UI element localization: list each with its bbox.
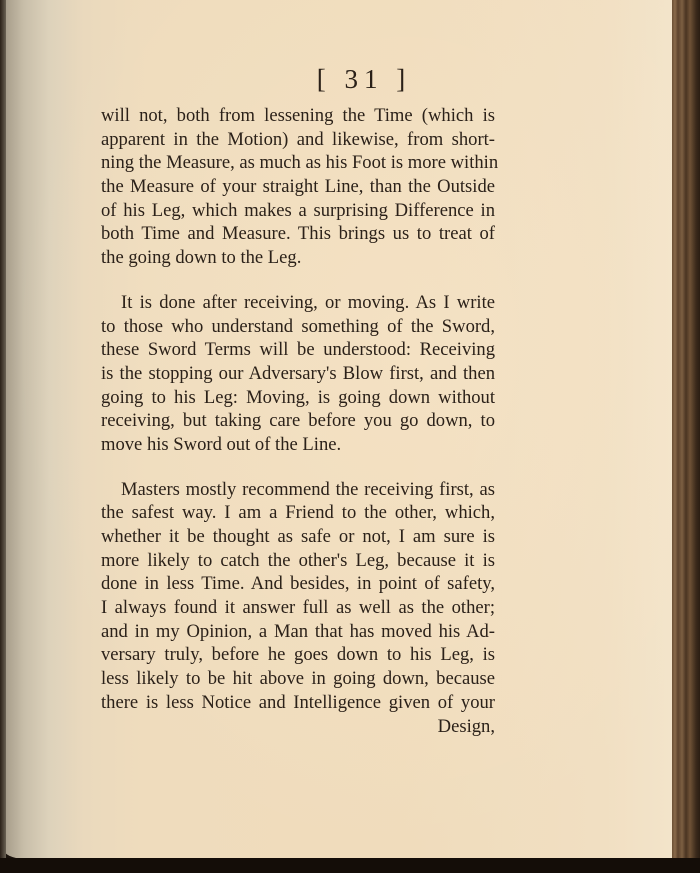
text-line: and in my Opinion, a Man that has moved …	[101, 620, 495, 644]
text-line: Masters mostly recommend the receiving f…	[101, 478, 495, 502]
text-line: I always found it answer full as well as…	[101, 596, 495, 620]
text-line: versary truly, before he goes down to hi…	[101, 643, 495, 667]
text-line: whether it be thought as safe or not, I …	[101, 525, 495, 549]
text-line: both Time and Measure. This brings us to…	[101, 222, 495, 246]
page-body: will not, both from lessening the Time (…	[101, 104, 495, 738]
text-line: there is less Notice and Intelligence gi…	[101, 691, 495, 715]
paragraph-3: Masters mostly recommend the receiving f…	[101, 478, 495, 739]
text-line: to those who understand something of the…	[101, 315, 495, 339]
text-line: will not, both from lessening the Time (…	[101, 104, 495, 128]
paragraph-2: It is done after receiving, or moving. A…	[101, 291, 495, 457]
page-number: [ 31 ]	[14, 64, 700, 95]
text-line: done in less Time. And besides, in point…	[101, 572, 495, 596]
page-edges	[672, 0, 700, 873]
text-line: move his Sword out of the Line.	[101, 433, 495, 457]
text-line: ning the Measure, as much as his Foot is…	[101, 151, 495, 175]
text-line: It is done after receiving, or moving. A…	[101, 291, 495, 315]
gutter-shadow	[0, 0, 6, 873]
text-line: receiving, but taking care before you go…	[101, 409, 495, 433]
text-line: the Measure of your straight Line, than …	[101, 175, 495, 199]
text-line: going to his Leg: Moving, is going down …	[101, 386, 495, 410]
text-line: the going down to the Leg.	[101, 246, 495, 270]
text-line: of his Leg, which makes a surprising Dif…	[101, 199, 495, 223]
text-line: is the stopping our Adversary's Blow fir…	[101, 362, 495, 386]
text-line: apparent in the Motion) and likewise, fr…	[101, 128, 495, 152]
text-line: the safest way. I am a Friend to the oth…	[101, 501, 495, 525]
paragraph-1: will not, both from lessening the Time (…	[101, 104, 495, 270]
text-line: these Sword Terms will be understood: Re…	[101, 338, 495, 362]
text-line: less likely to be hit above in going dow…	[101, 667, 495, 691]
text-line: more likely to catch the other's Leg, be…	[101, 549, 495, 573]
bottom-shadow	[0, 858, 700, 873]
catchword: Design,	[101, 715, 495, 739]
